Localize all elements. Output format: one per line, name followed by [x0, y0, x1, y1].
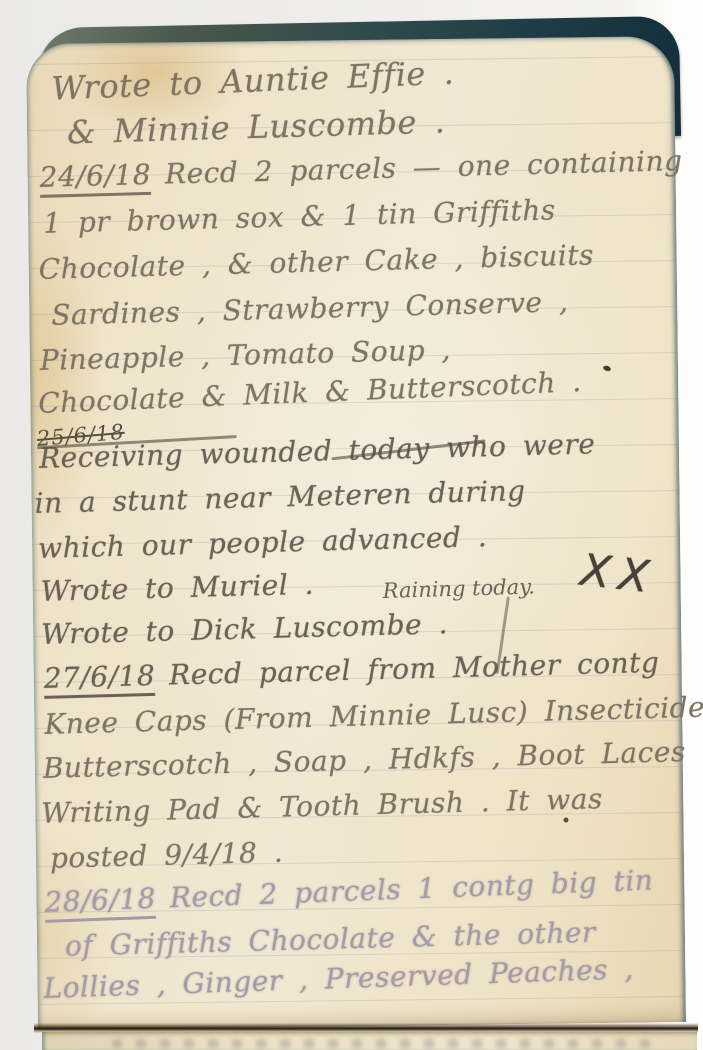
diary-line: Knee Caps (From Minnie Lusc) Insecticide [44, 691, 703, 741]
diary-line: in a stunt near Meteren during [34, 474, 526, 520]
diary-line: which our people advanced . [38, 520, 488, 565]
diary-line: posted 9/4/18 . [50, 836, 284, 875]
line-text: Recd parcel from Mother contg [169, 646, 660, 692]
next-page-sliver [42, 1032, 697, 1050]
line-text: Wrote to Dick Luscombe . [41, 607, 449, 651]
handwriting-block: Wrote to Auntie Effie . & Minnie Luscomb… [26, 36, 686, 1030]
entry-date: 24/6/18 [39, 158, 151, 198]
line-text: Butterscotch , Soap , Hdkfs , Boot Laces… [42, 734, 703, 784]
diary-line: Wrote to Dick Luscombe . [41, 607, 449, 651]
line-text: & Minnie Luscombe . [67, 102, 446, 151]
diary-line: Chocolate , & other Cake , biscuits [38, 238, 594, 286]
diary-line: Writing Pad & Tooth Brush . It was [41, 782, 603, 830]
line-text: Wrote to Auntie Effie . [51, 54, 455, 108]
diary-line: Sardines , Strawberry Conserve , [51, 285, 569, 332]
line-text: Pineapple , Tomato Soup , [39, 333, 451, 377]
line-text: 1 pr brown sox & 1 tin Griffiths [43, 193, 556, 239]
line-text: posted 9/4/18 . [50, 836, 284, 875]
notebook-page: Wrote to Auntie Effie . & Minnie Luscomb… [26, 36, 686, 1030]
diary-line: Pineapple , Tomato Soup , [39, 333, 451, 377]
diary-line: 24/6/18Recd 2 parcels — one containing [39, 144, 683, 194]
line-text: which our people advanced . [38, 520, 488, 565]
line-text: Sardines , Strawberry Conserve , [51, 285, 569, 332]
diary-line: Wrote to Auntie Effie . [51, 54, 455, 108]
diary-line: 1 pr brown sox & 1 tin Griffiths [43, 193, 556, 239]
kiss-marks: XX [578, 545, 659, 604]
line-text: Recd 2 parcels 1 contg big tin [169, 864, 654, 915]
line-text: Wrote to Muriel . [40, 568, 314, 608]
diary-line: Wrote to Muriel . [40, 568, 314, 608]
photo-background: Wrote to Auntie Effie . & Minnie Luscomb… [0, 0, 703, 1050]
ink-speck [563, 817, 568, 822]
diary-line: & Minnie Luscombe . [67, 102, 446, 151]
entry-date: 28/6/18 [44, 882, 157, 923]
line-text: Chocolate , & other Cake , biscuits [38, 238, 594, 286]
line-text: Knee Caps (From Minnie Lusc) Insecticide [44, 691, 703, 741]
line-text: in a stunt near Meteren during [34, 474, 526, 520]
line-text: Recd 2 parcels — one containing [165, 144, 683, 191]
entry-date: 27/6/18 [43, 659, 155, 699]
diary-line: 27/6/18Recd parcel from Mother contg [43, 646, 659, 695]
next-page-writing-smudge [112, 1039, 652, 1048]
diary-line: Butterscotch , Soap , Hdkfs , Boot Laces… [42, 734, 703, 784]
line-text: Writing Pad & Tooth Brush . It was [41, 782, 603, 830]
side-note: Raining today. [382, 574, 535, 603]
